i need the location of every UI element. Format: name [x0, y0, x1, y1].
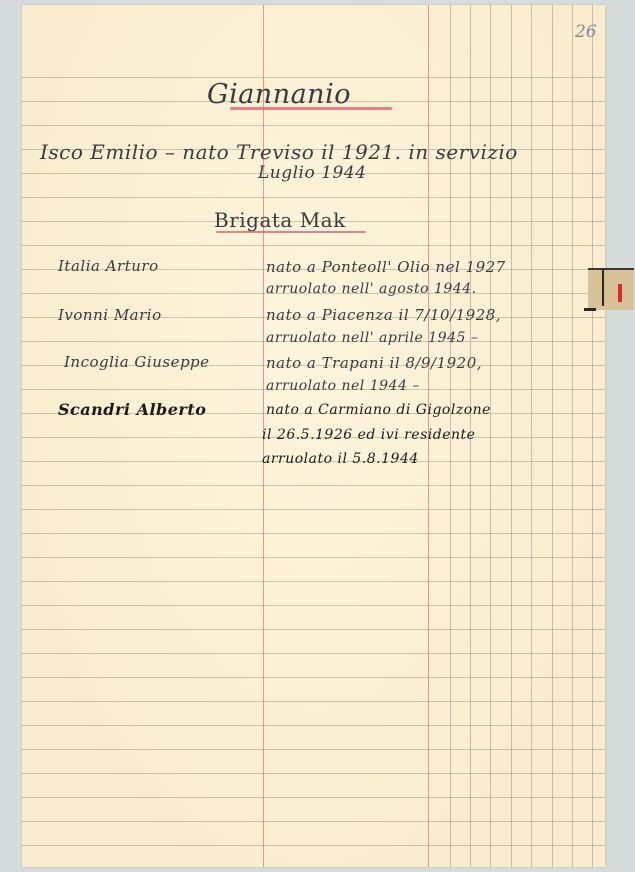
entry-detail: nato a Carmiano di Gigolzone	[266, 402, 491, 418]
column-line	[592, 5, 593, 867]
entry-detail: arruolato nell' aprile 1945 –	[266, 330, 478, 346]
ruled-line	[22, 845, 605, 846]
tab-red-mark	[618, 284, 622, 302]
brigade-heading: Brigata Mak	[214, 208, 346, 232]
page-number: 26	[575, 22, 597, 42]
page-title: Giannanio	[207, 79, 351, 110]
column-line	[511, 5, 512, 867]
ruled-line	[22, 629, 605, 630]
intro-line-1: Isco Emilio – nato Treviso il 1921. in s…	[40, 140, 518, 164]
entry-detail: arruolato nell' agosto 1944.	[266, 281, 477, 297]
entry-name: Scandri Alberto	[58, 400, 206, 419]
entry-detail: arruolato nel 1944 –	[266, 378, 420, 394]
ruled-line	[22, 797, 605, 798]
ruled-line	[22, 509, 605, 510]
intro-line-2: Luglio 1944	[258, 163, 366, 183]
ruled-line	[22, 605, 605, 606]
ruled-line	[22, 485, 605, 486]
column-line	[490, 5, 491, 867]
index-tab	[588, 268, 634, 310]
ruled-line	[22, 557, 605, 558]
entry-name: Incoglia Giuseppe	[64, 353, 210, 371]
ledger-page: 26 Giannanio Isco Emilio – nato Treviso …	[22, 5, 606, 867]
ruled-line	[22, 533, 605, 534]
title-underline	[230, 107, 392, 110]
ruled-line	[22, 821, 605, 822]
entry-detail: arruolato il 5.8.1944	[262, 451, 419, 467]
ruled-line	[22, 749, 605, 750]
column-line	[531, 5, 532, 867]
entry-name: Ivonni Mario	[58, 306, 162, 324]
entry-detail: nato a Trapani il 8/9/1920,	[266, 354, 482, 372]
ruled-line	[22, 677, 605, 678]
ruled-line	[22, 701, 605, 702]
ruled-line	[22, 197, 605, 198]
brigade-underline	[216, 231, 366, 233]
entry-detail: il 26.5.1926 ed ivi residente	[262, 427, 475, 443]
entry-detail: nato a Piacenza il 7/10/1928,	[266, 306, 501, 324]
ruled-line	[22, 725, 605, 726]
entry-detail: nato a Ponteoll' Olio nel 1927	[266, 258, 506, 276]
column-line	[552, 5, 553, 867]
tab-stub	[584, 308, 596, 311]
tab-divider	[602, 270, 604, 306]
column-line	[572, 5, 573, 867]
ruled-line	[22, 773, 605, 774]
entry-name: Italia Arturo	[58, 257, 159, 275]
ruled-line	[22, 581, 605, 582]
ruled-line	[22, 245, 605, 246]
ruled-line	[22, 125, 605, 126]
ruled-line	[22, 77, 605, 78]
ruled-line	[22, 653, 605, 654]
